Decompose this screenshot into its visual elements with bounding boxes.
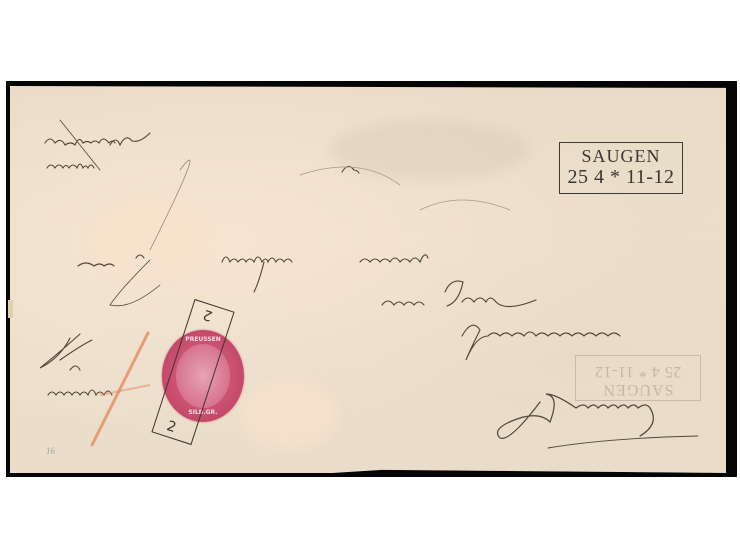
cancellation-town: SAUGEN — [560, 147, 682, 165]
ghost-date: 25 4 * 11-12 — [576, 363, 700, 379]
offset-ghost-cancellation: SAUGEN 25 4 * 11-12 — [575, 355, 701, 401]
saugen-cancellation-stamp: SAUGEN 25 4 * 11-12 — [559, 142, 683, 194]
cancellation-date: 25 4 * 11-12 — [560, 167, 682, 187]
pencil-mark: 16 — [46, 446, 55, 456]
ghost-town: SAUGEN — [576, 381, 700, 397]
handwriting-layer — [0, 0, 740, 557]
